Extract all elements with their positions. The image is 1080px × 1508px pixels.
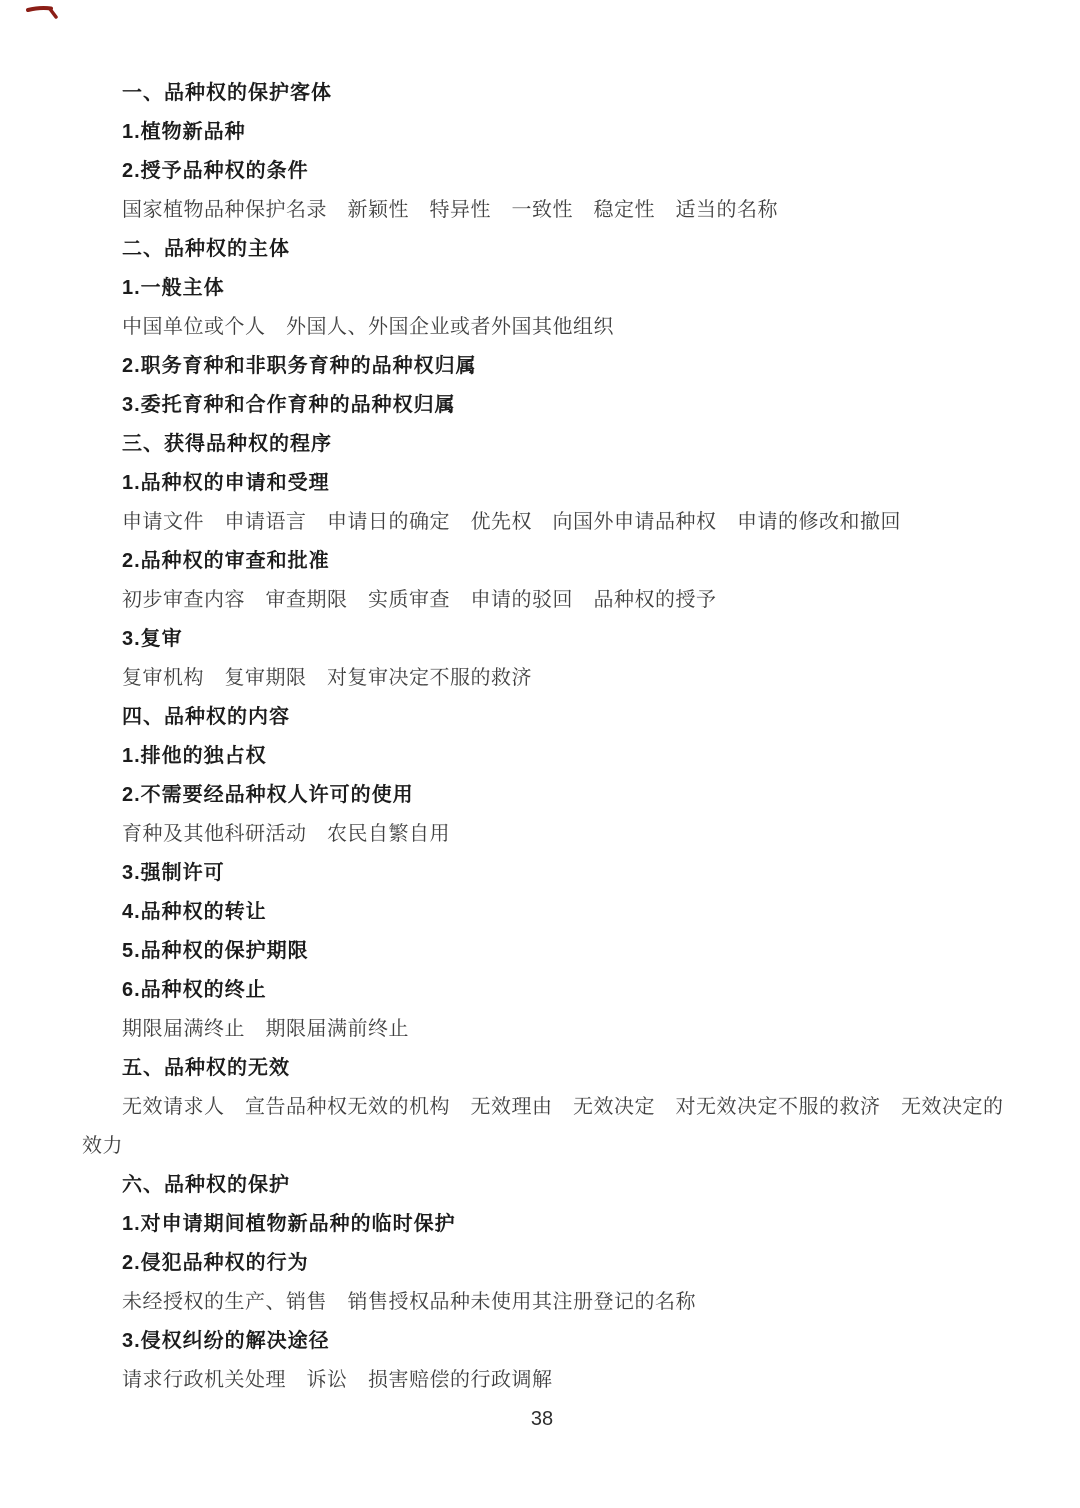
outline-heading: 6.品种权的终止 (82, 971, 1002, 1010)
outline-heading: 2.授予品种权的条件 (82, 152, 1002, 191)
keyword-line: 无效请求人 宣告品种权无效的机构 无效理由 无效决定 对无效决定不服的救济 无效… (82, 1088, 1002, 1127)
document-body: 一、品种权的保护客体1.植物新品种2.授予品种权的条件国家植物品种保护名录 新颖… (82, 74, 1002, 1400)
outline-heading: 1.品种权的申请和受理 (82, 464, 1002, 503)
keyword-line: 国家植物品种保护名录 新颖性 特异性 一致性 稳定性 适当的名称 (82, 191, 1002, 230)
outline-heading: 1.对申请期间植物新品种的临时保护 (82, 1205, 1002, 1244)
outline-heading: 2.职务育种和非职务育种的品种权归属 (82, 347, 1002, 386)
outline-heading: 1.排他的独占权 (82, 737, 1002, 776)
outline-heading: 5.品种权的保护期限 (82, 932, 1002, 971)
outline-heading: 2.品种权的审查和批准 (82, 542, 1002, 581)
outline-heading: 五、品种权的无效 (82, 1049, 1002, 1088)
outline-heading: 1.一般主体 (82, 269, 1002, 308)
keyword-line: 请求行政机关处理 诉讼 损害赔偿的行政调解 (82, 1361, 1002, 1400)
outline-heading: 3.委托育种和合作育种的品种权归属 (82, 386, 1002, 425)
red-ink-mark (26, 4, 60, 20)
keyword-line: 复审机构 复审期限 对复审决定不服的救济 (82, 659, 1002, 698)
outline-heading: 四、品种权的内容 (82, 698, 1002, 737)
keyword-line: 未经授权的生产、销售 销售授权品种未使用其注册登记的名称 (82, 1283, 1002, 1322)
outline-heading: 二、品种权的主体 (82, 230, 1002, 269)
keyword-line: 初步审查内容 审查期限 实质审查 申请的驳回 品种权的授予 (82, 581, 1002, 620)
keyword-line: 期限届满终止 期限届满前终止 (82, 1010, 1002, 1049)
keyword-line: 育种及其他科研活动 农民自繁自用 (82, 815, 1002, 854)
keyword-line-continuation: 效力 (82, 1127, 1002, 1166)
keyword-line: 申请文件 申请语言 申请日的确定 优先权 向国外申请品种权 申请的修改和撤回 (82, 503, 1002, 542)
outline-heading: 3.侵权纠纷的解决途径 (82, 1322, 1002, 1361)
outline-heading: 六、品种权的保护 (82, 1166, 1002, 1205)
outline-heading: 三、获得品种权的程序 (82, 425, 1002, 464)
outline-heading: 4.品种权的转让 (82, 893, 1002, 932)
page-number: 38 (82, 1400, 1002, 1439)
outline-heading: 2.不需要经品种权人许可的使用 (82, 776, 1002, 815)
keyword-line: 中国单位或个人 外国人、外国企业或者外国其他组织 (82, 308, 1002, 347)
outline-heading: 3.复审 (82, 620, 1002, 659)
outline-heading: 一、品种权的保护客体 (82, 74, 1002, 113)
outline-heading: 2.侵犯品种权的行为 (82, 1244, 1002, 1283)
outline-heading: 1.植物新品种 (82, 113, 1002, 152)
outline-heading: 3.强制许可 (82, 854, 1002, 893)
document-page: 一、品种权的保护客体1.植物新品种2.授予品种权的条件国家植物品种保护名录 新颖… (0, 0, 1080, 1439)
